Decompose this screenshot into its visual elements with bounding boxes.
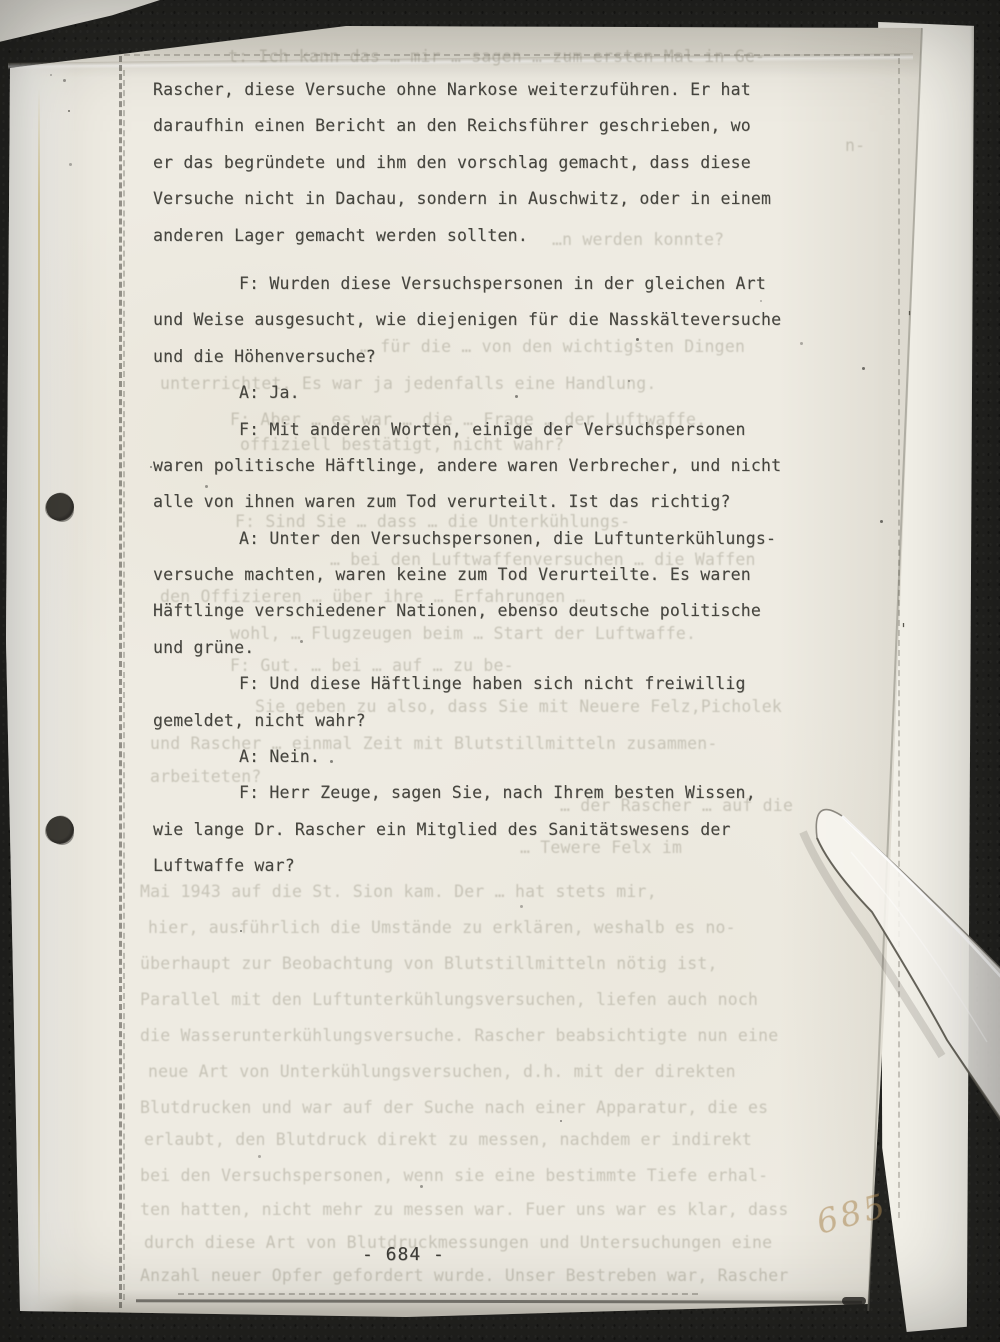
- typed-line: A: Ja.: [153, 375, 923, 411]
- paragraph: A: Nein.: [153, 739, 923, 775]
- dust-speck: [50, 74, 52, 76]
- dust-speck: [75, 56, 78, 59]
- dust-speck: [515, 395, 518, 398]
- dust-speck: [63, 79, 66, 82]
- typed-line: gemeldet, nicht wahr?: [153, 703, 923, 739]
- typed-line: F: Mit anderen Worten, einige der Versuc…: [153, 412, 923, 448]
- typed-line: A: Unter den Versuchspersonen, die Luftu…: [153, 521, 923, 557]
- dust-speck: [628, 380, 630, 382]
- typed-line: und die Höhenversuche?: [153, 339, 923, 375]
- dust-speck: [520, 905, 523, 908]
- photostat-border-left: [119, 56, 122, 1308]
- typed-line: F: Wurden diese Versuchspersonen in der …: [153, 266, 923, 302]
- ink-blot: [46, 493, 74, 521]
- paragraph: A: Ja.: [153, 375, 923, 411]
- dust-speck: [240, 930, 242, 932]
- typed-line: waren politische Häftlinge, andere waren…: [153, 448, 923, 484]
- dust-speck: [760, 300, 762, 302]
- typed-line: er das begründete und ihm den vorschlag …: [153, 145, 923, 181]
- typed-line: und Weise ausgesucht, wie diejenigen für…: [153, 302, 923, 338]
- photostat-border-top: [124, 54, 900, 56]
- dust-speck: [800, 342, 803, 345]
- dust-speck: [69, 163, 72, 166]
- dust-speck: [345, 238, 347, 240]
- typed-text-block: Rascher, diese Versuche ohne Narkose wei…: [153, 72, 923, 885]
- photostat-border-left-2: [123, 70, 125, 1300]
- dust-speck: [258, 1155, 261, 1158]
- typed-line: Luftwaffe war?: [153, 848, 923, 884]
- corner-sheet-sliver: [0, 0, 160, 44]
- typed-line: F: Und diese Häftlinge haben sich nicht …: [153, 666, 923, 702]
- typed-line: alle von ihnen waren zum Tod verurteilt.…: [153, 484, 923, 520]
- paragraph: Rascher, diese Versuche ohne Narkose wei…: [153, 72, 923, 254]
- paragraph: A: Unter den Versuchspersonen, die Luftu…: [153, 521, 923, 667]
- dust-speck: [300, 640, 303, 643]
- dust-speck: [150, 466, 152, 468]
- page-number: - 684 -: [362, 1244, 445, 1265]
- dust-speck: [68, 110, 70, 112]
- scanned-document-photo: t: Ich kann das … mir … sagen … zum erst…: [0, 0, 1000, 1342]
- typed-line: F: Herr Zeuge, sagen Sie, nach Ihrem bes…: [153, 775, 923, 811]
- dust-speck: [205, 485, 208, 488]
- typed-line: A: Nein.: [153, 739, 923, 775]
- dust-speck: [560, 1120, 562, 1122]
- paragraph: F: Mit anderen Worten, einige der Versuc…: [153, 412, 923, 521]
- bottom-dashed-rule: [178, 1293, 698, 1295]
- dust-speck: [330, 760, 333, 763]
- dust-speck: [880, 520, 883, 523]
- paragraph: F: Wurden diese Versuchspersonen in der …: [153, 266, 923, 375]
- dust-speck: [420, 1185, 423, 1188]
- ink-blot: [46, 816, 74, 844]
- typed-line: und grüne.: [153, 630, 923, 666]
- typed-line: Rascher, diese Versuche ohne Narkose wei…: [153, 72, 923, 108]
- paragraph: F: Herr Zeuge, sagen Sie, nach Ihrem bes…: [153, 775, 923, 884]
- stray-mark: ': [905, 308, 914, 326]
- typed-line: daraufhin einen Bericht an den Reichsfüh…: [153, 108, 923, 144]
- typed-line: versuche machten, waren keine zum Tod Ve…: [153, 557, 923, 593]
- left-crease-line: [38, 88, 40, 1304]
- typed-line: wie lange Dr. Rascher ein Mitglied des S…: [153, 812, 923, 848]
- stray-mark: ': [899, 620, 908, 638]
- paragraph: F: Und diese Häftlinge haben sich nicht …: [153, 666, 923, 739]
- dust-speck: [636, 338, 639, 341]
- typed-line: anderen Lager gemacht werden sollten.: [153, 218, 923, 254]
- dust-speck: [862, 367, 865, 370]
- typed-line: Versuche nicht in Dachau, sondern in Aus…: [153, 181, 923, 217]
- bottom-rule-ink-blob: [842, 1297, 866, 1305]
- typed-line: Häftlinge verschiedener Nationen, ebenso…: [153, 593, 923, 629]
